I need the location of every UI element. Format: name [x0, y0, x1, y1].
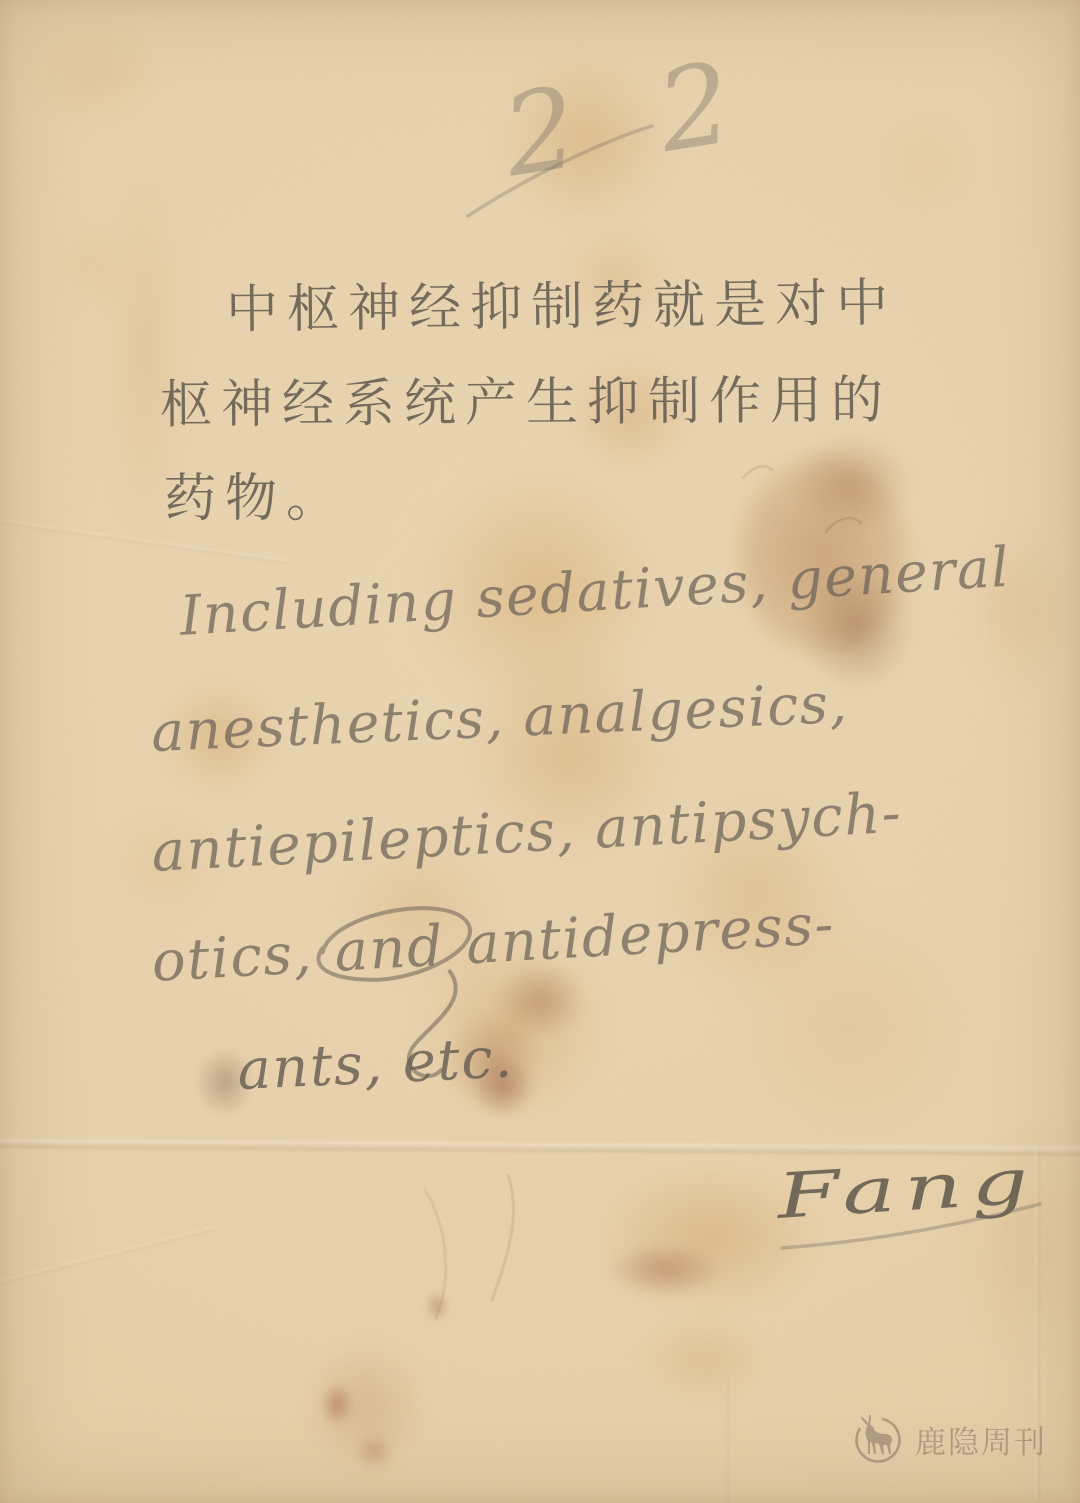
- paper-stain: [540, 200, 690, 360]
- paper-stain: [50, 200, 140, 330]
- paper-stain: [0, 0, 190, 150]
- paper-stain: [695, 408, 950, 703]
- english-line-4-pre: otics,: [150, 921, 314, 995]
- english-line-5: ants, etc.: [236, 1025, 515, 1102]
- fold-crease: [1, 520, 289, 564]
- chinese-line-3: 药物。: [164, 456, 347, 531]
- paper-stain: [90, 795, 240, 935]
- english-line-3: antiepileptics, antipsych-: [150, 781, 904, 885]
- paper-stain: [182, 1032, 267, 1132]
- paper-stain: [680, 860, 1020, 1190]
- fold-crease: [0, 1226, 217, 1288]
- paper-stain: [95, 70, 195, 630]
- paper-stain: [840, 80, 1010, 250]
- paper-stain: [418, 1282, 456, 1330]
- paper-stain: [275, 1315, 455, 1495]
- paper-stain: [135, 655, 305, 820]
- paper-stain: [380, 895, 645, 1160]
- paper-stain: [468, 22, 703, 257]
- deer-icon: [852, 1412, 904, 1464]
- paper-stain: [458, 1042, 548, 1132]
- paper-stain: [420, 610, 720, 900]
- paper-stain: [555, 1135, 865, 1340]
- english-line-4: otics,andantidepress-: [150, 892, 836, 995]
- circled-and-text: and: [333, 914, 446, 985]
- paper-stain: [950, 500, 1080, 720]
- watermark-text: 鹿隐周刊: [915, 1417, 1047, 1462]
- fold-crease: [0, 1139, 1080, 1156]
- signature: Fang: [775, 1144, 1039, 1233]
- pencil-scribble: 22: [495, 25, 824, 202]
- chinese-line-1: 中枢神经抑制药就是对中: [226, 260, 898, 342]
- paper-stain: [540, 330, 720, 500]
- paper-stain: [620, 760, 890, 1030]
- english-line-4-post: antidepress-: [464, 892, 836, 977]
- english-line-4-circled-word: and: [333, 914, 446, 985]
- pencil-circle-around-and: [297, 885, 500, 1125]
- english-line-1: Including sedatives, general: [178, 535, 1012, 648]
- paper-stain: [430, 990, 560, 1130]
- paper-stain: [300, 800, 540, 1020]
- photo-vignette: [0, 0, 1080, 1503]
- english-line-2: anesthetics, analgesics,: [150, 671, 850, 764]
- paper-stain: [770, 415, 935, 550]
- paper-stain: [585, 1232, 745, 1307]
- chinese-line-2: 枢神经系统产生抑制作用的: [160, 357, 893, 437]
- paper-stain: [370, 420, 710, 760]
- fold-crease: [1035, 1150, 1040, 1500]
- stained-paper-note: 22 中枢神经抑制药就是对中 枢神经系统产生抑制作用的 药物。 Includin…: [0, 0, 1080, 1503]
- paper-texture-overlay: [0, 0, 1080, 1503]
- paper-stain: [780, 540, 935, 715]
- faint-pencil-marks: [0, 0, 1080, 1503]
- watermark: 鹿隐周刊: [852, 1412, 1047, 1464]
- paper-stain: [925, 1080, 1080, 1410]
- paper-stain: [478, 948, 603, 1053]
- fold-crease: [728, 1375, 732, 1503]
- paper-stain: [345, 1425, 403, 1477]
- paper-stain: [615, 1295, 795, 1425]
- paper-stain: [313, 1372, 361, 1436]
